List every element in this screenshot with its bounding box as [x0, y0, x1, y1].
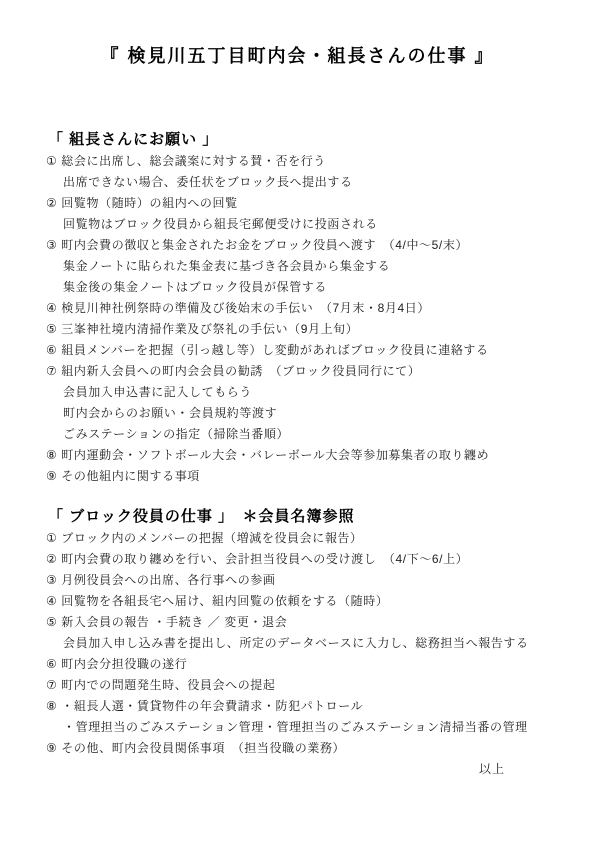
document-line: 集金ノートに貼られた集金表に基づき各会員から集金する	[46, 256, 549, 277]
closing-ijo: 以上	[46, 759, 549, 780]
document-line: 会員加入申し込み書を提出し、所定のデータベースに入力し、総務担当へ報告する	[46, 633, 549, 654]
document-line: ① 総会に出席し、総会議案に対する賛・否を行う	[46, 151, 549, 172]
document-line: ⑨ その他組内に関する事項	[46, 466, 549, 487]
document-line: 会員加入申込書に記入してもらう	[46, 382, 549, 403]
document-line: ② 町内会費の取り纏めを行い、会計担当役員への受け渡し （4/下～6/上）	[46, 549, 549, 570]
document-line: ⑤ 三峯神社境内清掃作業及び祭礼の手伝い（9月上旬）	[46, 319, 549, 340]
document-line: ④ 回覧物を各組長宅へ届け、組内回覧の依頼をする（随時）	[46, 591, 549, 612]
document-line: ⑧ 町内運動会・ソフトボール大会・バレーボール大会等参加募集者の取り纏め	[46, 445, 549, 466]
document-line: ① ブロック内のメンバーの把握（増減を役員会に報告）	[46, 528, 549, 549]
document-page: 『 検見川五丁目町内会・組長さんの仕事 』 「 組長さんにお願い 」 ① 総会に…	[0, 0, 595, 841]
document-line: ④ 検見川神社例祭時の準備及び後始末の手伝い （7月末・8月4日）	[46, 298, 549, 319]
section-block-yakuin-shigoto: 「 ブロック役員の仕事 」 ＊会員名簿参照 ① ブロック内のメンバーの把握（増減…	[46, 505, 549, 759]
document-line: ② 回覧物（随時）の組内への回覧	[46, 193, 549, 214]
document-body: 「 組長さんにお願い 」 ① 総会に出席し、総会議案に対する賛・否を行う出席でき…	[0, 128, 595, 780]
document-line: ごみステーションの指定（掃除当番順）	[46, 424, 549, 445]
section-kumicho-onegai: 「 組長さんにお願い 」 ① 総会に出席し、総会議案に対する賛・否を行う出席でき…	[46, 128, 549, 487]
document-line: ⑧ ・組長人選・賃貸物件の年会費請求・防犯パトロール	[46, 696, 549, 717]
document-line: ⑤ 新入会員の報告 ・手続き ／ 変更・退会	[46, 612, 549, 633]
document-line: ⑦ 町内での問題発生時、役員会への提起	[46, 675, 549, 696]
document-line: ⑦ 組内新入会員への町内会会員の勧誘 （ブロック役員同行にて）	[46, 361, 549, 382]
document-line: ⑥ 町内会分担役職の遂行	[46, 654, 549, 675]
section-heading-kumicho: 「 組長さんにお願い 」	[46, 128, 549, 151]
document-line: 回覧物はブロック役員から組長宅郵便受けに投函される	[46, 214, 549, 235]
document-line: ③ 月例役員会への出席、各行事への参画	[46, 570, 549, 591]
document-line: 町内会からのお願い・会員規約等渡す	[46, 403, 549, 424]
document-title: 『 検見川五丁目町内会・組長さんの仕事 』	[0, 0, 595, 68]
section-line-list-kumicho: ① 総会に出席し、総会議案に対する賛・否を行う出席できない場合、委任状をブロック…	[46, 151, 549, 487]
document-line: 出席できない場合、委任状をブロック長へ提出する	[46, 172, 549, 193]
document-line: ⑨ その他、町内会役員関係事項 （担当役職の業務）	[46, 738, 549, 759]
section-line-list-block-yakuin: ① ブロック内のメンバーの把握（増減を役員会に報告）② 町内会費の取り纏めを行い…	[46, 528, 549, 759]
document-line: ③ 町内会費の徴収と集金されたお金をブロック役員へ渡す （4/中～5/末）	[46, 235, 549, 256]
document-line: ・管理担当のごみステーション管理・管理担当のごみステーション清掃当番の管理	[46, 717, 549, 738]
document-line: ⑥ 組員メンバーを把握（引っ越し等）し変動があればブロック役員に連絡する	[46, 340, 549, 361]
section-heading-block-yakuin: 「 ブロック役員の仕事 」 ＊会員名簿参照	[46, 505, 549, 528]
document-line: 集金後の集金ノートはブロック役員が保管する	[46, 277, 549, 298]
